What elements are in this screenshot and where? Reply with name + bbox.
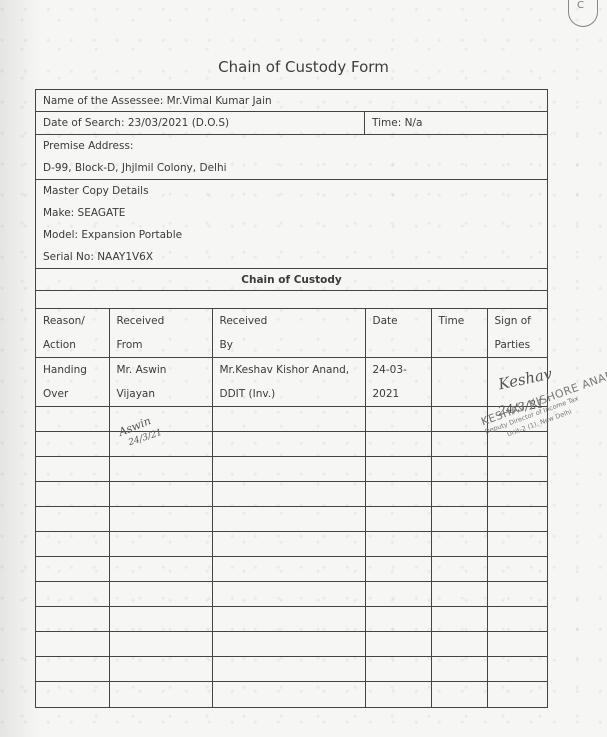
empty-cell bbox=[212, 682, 365, 707]
empty-cell bbox=[365, 682, 431, 707]
empty-cell bbox=[109, 507, 212, 532]
empty-cell bbox=[431, 682, 487, 707]
header-sign: Sign ofParties bbox=[487, 309, 547, 358]
header-received-by: ReceivedBy bbox=[212, 309, 365, 358]
header-date: Date bbox=[365, 309, 431, 358]
chain-of-custody-heading: Chain of Custody bbox=[36, 269, 547, 291]
table-row: HandingOver Mr. AswinVijayan Mr.Keshav K… bbox=[36, 358, 547, 407]
empty-cell bbox=[36, 457, 109, 482]
table-row-empty bbox=[36, 607, 547, 632]
master-copy-model: Model: Expansion Portable bbox=[36, 224, 547, 246]
empty-cell bbox=[109, 657, 212, 682]
empty-cell bbox=[36, 507, 109, 532]
empty-cell bbox=[487, 532, 547, 557]
empty-cell bbox=[365, 507, 431, 532]
empty-cell bbox=[36, 407, 109, 432]
empty-cell bbox=[487, 482, 547, 507]
empty-cell bbox=[431, 457, 487, 482]
empty-cell bbox=[487, 632, 547, 657]
empty-cell bbox=[212, 532, 365, 557]
table-row-empty bbox=[36, 582, 547, 607]
empty-cell bbox=[212, 557, 365, 582]
empty-cell bbox=[487, 607, 547, 632]
empty-cell bbox=[365, 432, 431, 457]
empty-cell bbox=[36, 682, 109, 707]
empty-cell bbox=[109, 582, 212, 607]
empty-cell bbox=[109, 682, 212, 707]
master-copy-make: Make: SEAGATE bbox=[36, 202, 547, 224]
corner-mark: C bbox=[568, 0, 598, 27]
empty-cell bbox=[487, 507, 547, 532]
empty-cell bbox=[109, 407, 212, 432]
search-row: Date of Search: 23/03/2021 (D.O.S) Time:… bbox=[36, 112, 547, 135]
empty-cell bbox=[36, 657, 109, 682]
empty-cell bbox=[212, 407, 365, 432]
empty-cell bbox=[36, 482, 109, 507]
empty-cell bbox=[431, 632, 487, 657]
empty-cell bbox=[36, 432, 109, 457]
empty-cell bbox=[109, 457, 212, 482]
custody-form: Name of the Assessee: Mr.Vimal Kumar Jai… bbox=[35, 89, 548, 708]
empty-cell bbox=[487, 582, 547, 607]
empty-cell bbox=[36, 582, 109, 607]
scan-shadow bbox=[0, 0, 40, 737]
empty-cell bbox=[431, 557, 487, 582]
empty-cell bbox=[109, 482, 212, 507]
entry-date: 24-03-2021 bbox=[365, 358, 431, 407]
empty-cell bbox=[431, 532, 487, 557]
empty-cell bbox=[109, 557, 212, 582]
empty-cell bbox=[431, 657, 487, 682]
premise-address: D-99, Block-D, Jhjlmil Colony, Delhi bbox=[36, 157, 547, 179]
custody-table: Reason/Action ReceivedFrom ReceivedBy Da… bbox=[36, 309, 547, 707]
table-row-empty bbox=[36, 557, 547, 582]
premise-label: Premise Address: bbox=[36, 135, 547, 157]
empty-cell bbox=[365, 607, 431, 632]
empty-cell bbox=[36, 632, 109, 657]
header-reason: Reason/Action bbox=[36, 309, 109, 358]
header-time: Time bbox=[431, 309, 487, 358]
table-row-empty bbox=[36, 532, 547, 557]
empty-cell bbox=[431, 607, 487, 632]
master-copy-heading: Master Copy Details bbox=[36, 180, 547, 202]
entry-received-by: Mr.Keshav Kishor Anand,DDIT (Inv.) bbox=[212, 358, 365, 407]
empty-cell bbox=[431, 407, 487, 432]
entry-time bbox=[431, 358, 487, 407]
empty-cell bbox=[212, 607, 365, 632]
empty-cell bbox=[365, 482, 431, 507]
empty-cell bbox=[36, 532, 109, 557]
empty-cell bbox=[212, 632, 365, 657]
master-copy-section: Master Copy Details Make: SEAGATE Model:… bbox=[36, 180, 547, 269]
table-row-empty bbox=[36, 632, 547, 657]
date-of-search: Date of Search: 23/03/2021 (D.O.S) bbox=[36, 112, 365, 134]
table-row-empty bbox=[36, 407, 547, 432]
empty-cell bbox=[109, 432, 212, 457]
form-title: Chain of Custody Form bbox=[0, 58, 607, 76]
table-row-empty bbox=[36, 457, 547, 482]
table-row-empty bbox=[36, 482, 547, 507]
empty-cell bbox=[365, 657, 431, 682]
empty-cell bbox=[431, 507, 487, 532]
assessee-name: Name of the Assessee: Mr.Vimal Kumar Jai… bbox=[36, 90, 547, 112]
table-row-empty bbox=[36, 507, 547, 532]
table-row-empty bbox=[36, 657, 547, 682]
empty-cell bbox=[365, 582, 431, 607]
empty-cell bbox=[487, 432, 547, 457]
entry-reason: HandingOver bbox=[36, 358, 109, 407]
empty-cell bbox=[365, 532, 431, 557]
empty-cell bbox=[487, 457, 547, 482]
empty-cell bbox=[431, 432, 487, 457]
empty-cell bbox=[212, 582, 365, 607]
empty-cell bbox=[36, 607, 109, 632]
header-received-from: ReceivedFrom bbox=[109, 309, 212, 358]
empty-cell bbox=[212, 657, 365, 682]
empty-cell bbox=[431, 482, 487, 507]
table-header-row: Reason/Action ReceivedFrom ReceivedBy Da… bbox=[36, 309, 547, 358]
spacer-row bbox=[36, 291, 547, 309]
empty-cell bbox=[487, 682, 547, 707]
premise-section: Premise Address: D-99, Block-D, Jhjlmil … bbox=[36, 135, 547, 180]
empty-cell bbox=[109, 532, 212, 557]
empty-cell bbox=[212, 457, 365, 482]
empty-cell bbox=[212, 482, 365, 507]
corner-mark-text: C bbox=[577, 0, 584, 11]
entry-sign bbox=[487, 358, 547, 407]
master-copy-serial: Serial No: NAAY1V6X bbox=[36, 246, 547, 268]
empty-cell bbox=[487, 557, 547, 582]
empty-cell bbox=[365, 557, 431, 582]
empty-cell bbox=[212, 432, 365, 457]
empty-cell bbox=[109, 632, 212, 657]
empty-cell bbox=[431, 582, 487, 607]
empty-cell bbox=[365, 632, 431, 657]
time-of-search: Time: N/a bbox=[365, 112, 547, 134]
empty-cell bbox=[36, 557, 109, 582]
empty-cell bbox=[109, 607, 212, 632]
empty-cell bbox=[365, 407, 431, 432]
empty-cell bbox=[487, 407, 547, 432]
entry-received-from: Mr. AswinVijayan bbox=[109, 358, 212, 407]
empty-cell bbox=[365, 457, 431, 482]
empty-cell bbox=[212, 507, 365, 532]
table-row-empty bbox=[36, 432, 547, 457]
table-row-empty bbox=[36, 682, 547, 707]
empty-cell bbox=[487, 657, 547, 682]
